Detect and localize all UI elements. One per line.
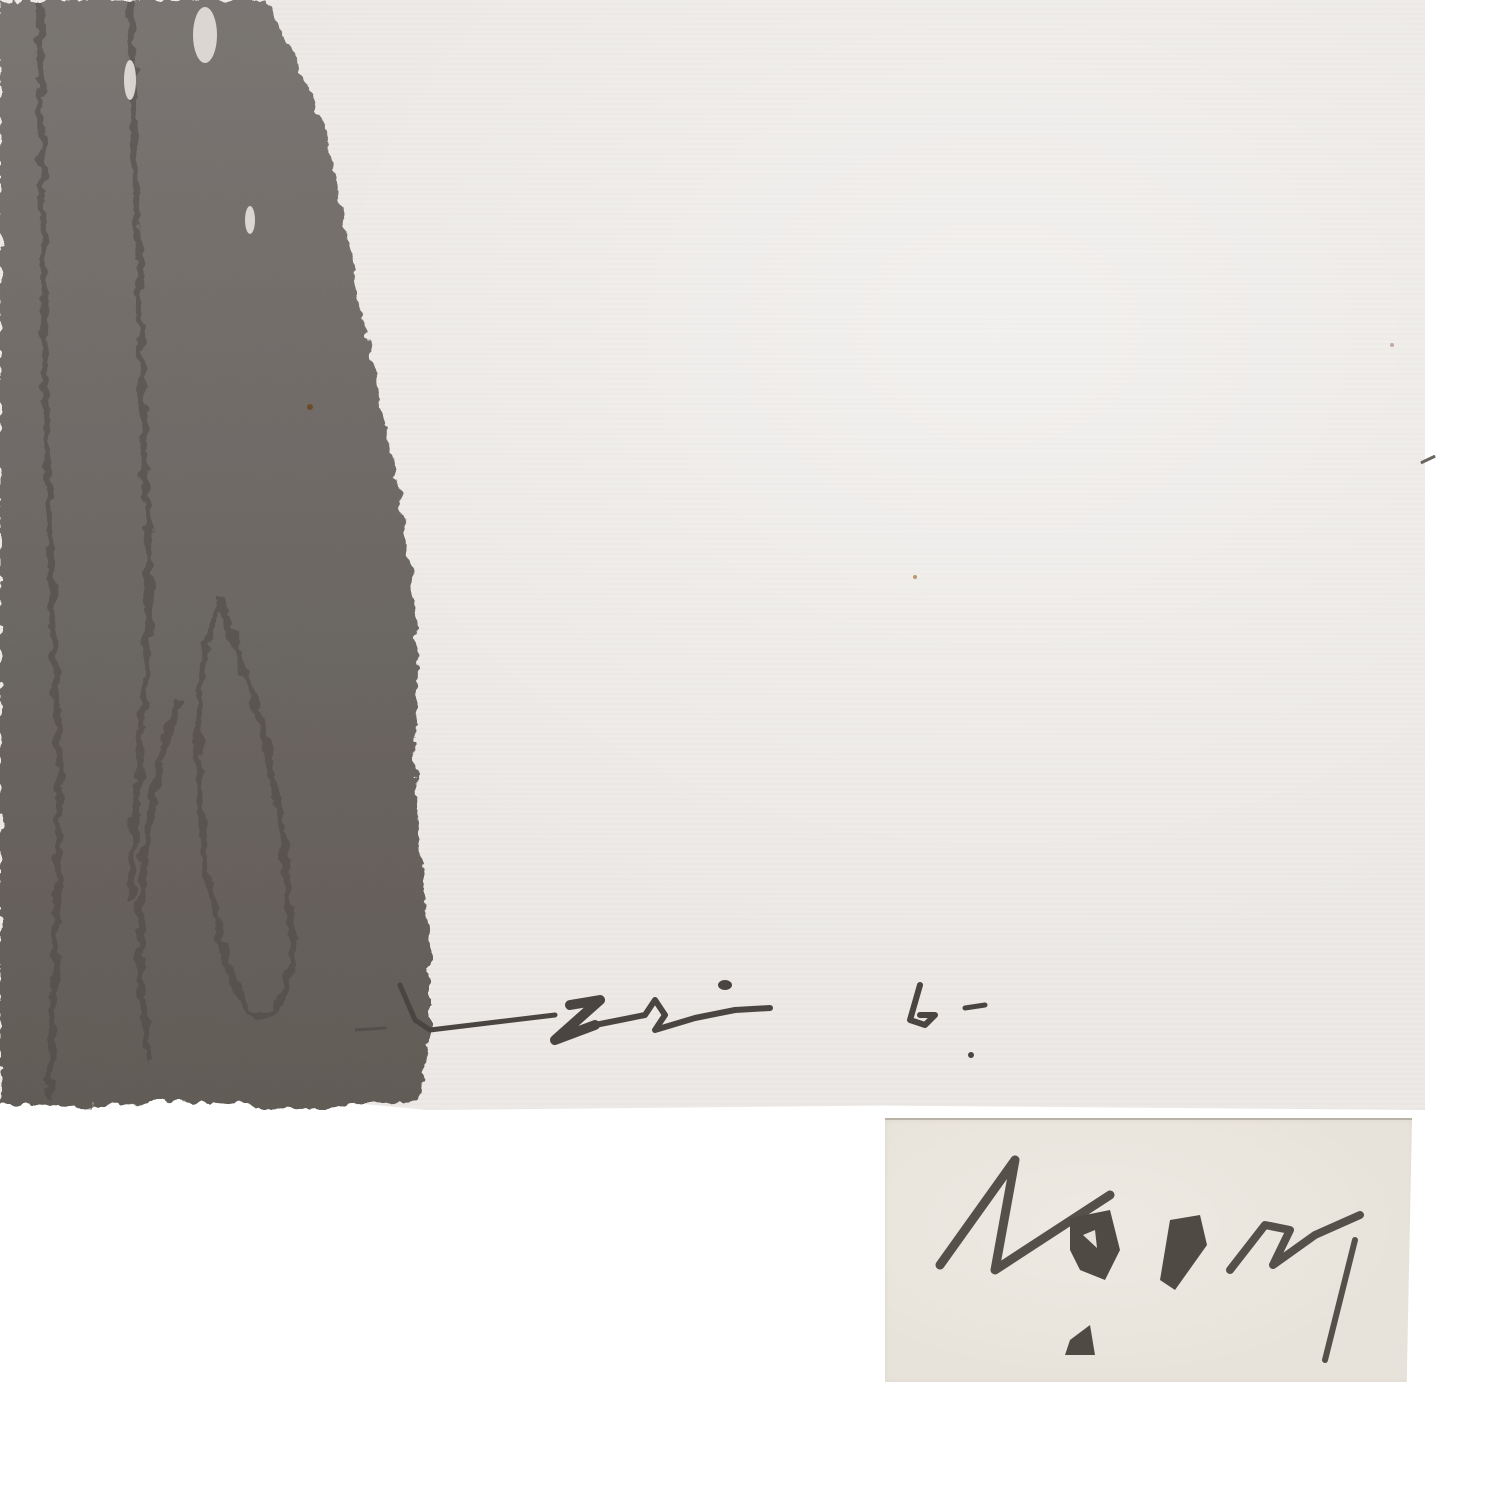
- paper-speck: [1390, 343, 1394, 347]
- ink-wash-figure: [0, 0, 460, 1110]
- label-handwriting: [885, 1120, 1412, 1382]
- inventory-label: No. 129: [885, 1118, 1412, 1382]
- artwork-photo: …zai 6c. No. 129: [0, 0, 1500, 1500]
- signature-text: …zai 6c.: [355, 960, 406, 963]
- artist-signature: …zai 6c.: [355, 960, 995, 1060]
- paper-speck: [913, 575, 917, 579]
